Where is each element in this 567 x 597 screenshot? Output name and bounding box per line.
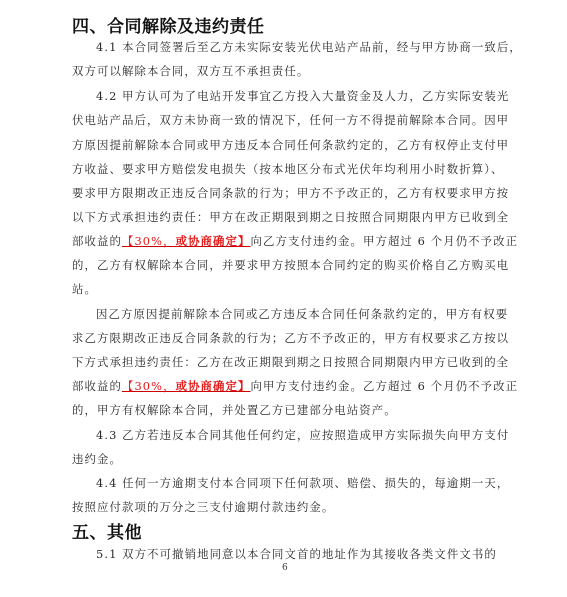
highlight-bracket: 】 <box>238 379 251 393</box>
clause-4-2-line-7: 部收益的【30%，或协商确定】向乙方支付违约金。甲方超过 6 个月仍不予改正 <box>72 234 496 248</box>
clause-4-3-line-2: 违约金。 <box>72 452 496 466</box>
clause-4-4-line-2: 按照应付款项的万分之三支付逾期付款违约金。 <box>72 500 496 514</box>
section-4-heading: 四、合同解除及违约责任 <box>72 12 265 37</box>
text-segment: 向甲方支付违约金。乙方超过 6 个月仍不予改正 <box>251 379 519 393</box>
section-5-heading: 五、其他 <box>72 518 142 543</box>
page-number: 6 <box>282 563 288 573</box>
text-segment: 部收益的 <box>72 234 122 248</box>
highlight-negotiable: 或协商确定 <box>176 379 238 393</box>
clause-4-2b-line-5: 的，甲方有权解除本合同，并处置乙方已建部分电站资产。 <box>72 403 496 417</box>
clause-4-1-line-2: 双方可以解除本合同，双方互不承担责任。 <box>72 64 496 78</box>
clause-4-2-line-2: 伏电站产品后，双方未协商一致的情况下，任何一方不得提前解除本合同。因甲 <box>72 113 496 127</box>
text-segment: 向乙方支付违约金。甲方超过 6 个月仍不予改正 <box>251 234 519 248</box>
clause-4-2-line-6: 以下方式承担违约责任：甲方在改正期限到期之日按照合同期限内甲方已收到全 <box>72 210 496 224</box>
penalty-highlight: 【30%，或协商确定】 <box>122 234 251 248</box>
clause-4-2-line-9: 站。 <box>72 282 496 296</box>
clause-4-2-line-5: 要求甲方限期改正违反合同条款的行为；甲方不予改正的，乙方有权要求甲方按 <box>72 186 496 200</box>
clause-4-2b-line-1: 因乙方原因提前解除本合同或乙方违反本合同任何条款约定的，甲方有权要 <box>96 307 496 321</box>
clause-5-1-line-1: 5.1 双方不可撤销地同意以本合同文首的地址作为其接收各类文件文书的 <box>96 547 496 561</box>
document-page: 四、合同解除及违约责任 4.1 本合同签署后至乙方未实际安装光伏电站产品前，经与… <box>0 0 567 597</box>
clause-4-2-line-3: 方原因提前解除本合同或甲方违反本合同任何条款约定的，乙方有权停止支付甲 <box>72 138 496 152</box>
clause-4-2b-line-3: 下方式承担违约责任：乙方在改正期限到期之日按照合同期限内甲方已收到的全 <box>72 355 496 369</box>
clause-4-4-line-1: 4.4 任何一方逾期支付本合同项下任何款项、赔偿、损失的，每逾期一天， <box>96 476 496 490</box>
highlight-bracket: 】 <box>238 234 251 248</box>
clause-4-2b-line-2: 求乙方限期改正违反合同条款的行为；乙方不予改正的，甲方有权要求乙方按以 <box>72 331 496 345</box>
clause-4-3-line-1: 4.3 乙方若违反本合同其他任何约定，应按照造成甲方实际损失向甲方支付 <box>96 428 496 442</box>
clause-4-2-line-8: 的，乙方有权解除本合同，并要求甲方按照本合同约定的购买价格自乙方购买电 <box>72 258 496 272</box>
clause-4-2-line-4: 方收益、要求甲方赔偿发电损失（按本地区分布式光伏年均利用小时数折算）、 <box>72 162 496 176</box>
clause-4-2b-line-4: 部收益的【30%，或协商确定】向甲方支付违约金。乙方超过 6 个月仍不予改正 <box>72 379 496 393</box>
text-segment: 部收益的 <box>72 379 122 393</box>
clause-4-2-line-1: 4.2 甲方认可为了电站开发事宜乙方投入大量资金及人力，乙方实际安装光 <box>96 89 496 103</box>
highlight-rate: 【30%， <box>122 379 176 393</box>
highlight-rate: 【30%， <box>122 234 176 248</box>
penalty-highlight: 【30%，或协商确定】 <box>122 379 251 393</box>
clause-4-1-line-1: 4.1 本合同签署后至乙方未实际安装光伏电站产品前，经与甲方协商一致后， <box>96 40 496 54</box>
highlight-negotiable: 或协商确定 <box>176 234 238 248</box>
